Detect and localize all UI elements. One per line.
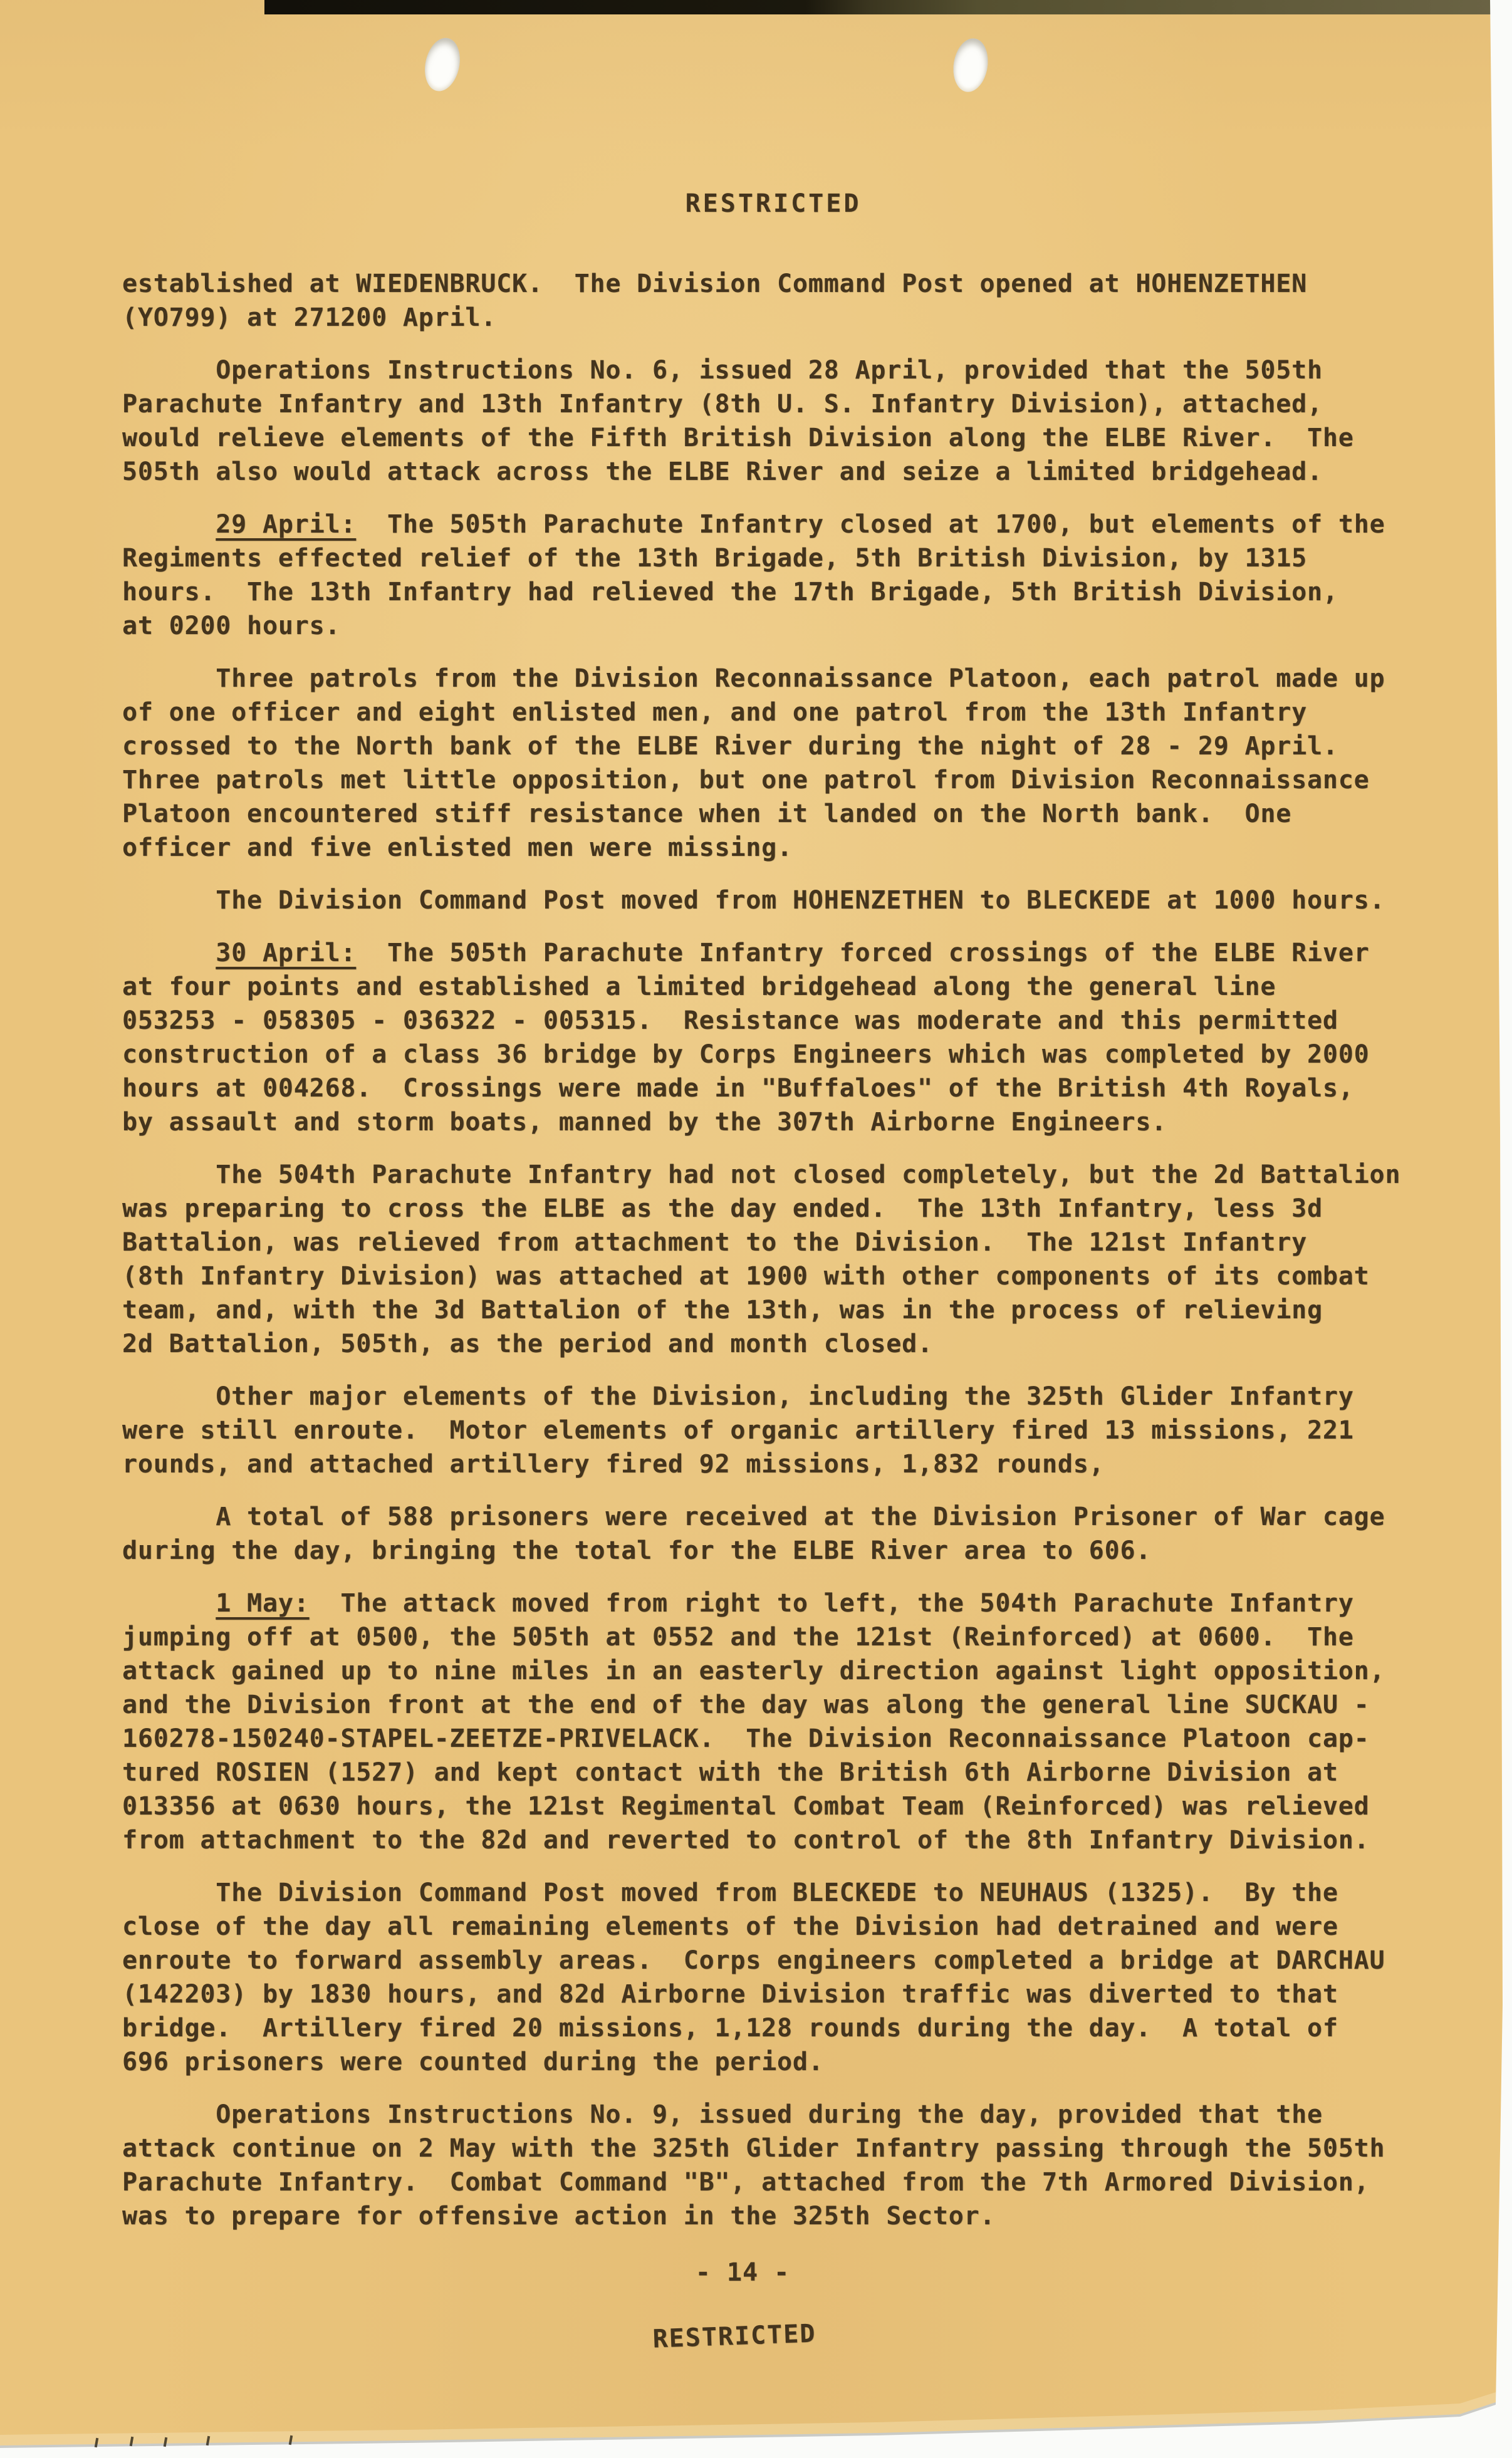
text-line: 1 May: The attack moved from right to le… — [122, 1586, 1457, 1620]
document-body: established at WIEDENBRUCK. The Division… — [122, 267, 1457, 2233]
text-line: 505th also would attack across the ELBE … — [122, 455, 1457, 489]
text-line: officer and five enlisted men were missi… — [122, 831, 1457, 865]
text-line: Battalion, was relieved from attachment … — [122, 1226, 1457, 1259]
heading-line-rest: The 505th Parachute Infantry closed at 1… — [356, 510, 1385, 539]
date-heading: 30 April: — [216, 939, 356, 967]
indent — [122, 510, 216, 539]
text-line: during the day, bringing the total for t… — [122, 1534, 1457, 1568]
scanned-paper: RESTRICTED established at WIEDENBRUCK. T… — [0, 0, 1512, 2458]
text-line: attack continue on 2 May with the 325th … — [122, 2132, 1457, 2165]
paragraph: The Division Command Post moved from BLE… — [122, 1876, 1457, 2079]
text-line: team, and, with the 3d Battalion of the … — [122, 1293, 1457, 1327]
paragraph: The Division Command Post moved from HOH… — [122, 883, 1457, 917]
text-line: Three patrols met little opposition, but… — [122, 763, 1457, 797]
text-line: from attachment to the 82d and reverted … — [122, 1823, 1457, 1857]
text-line: established at WIEDENBRUCK. The Division… — [122, 267, 1457, 301]
text-line: Regiments effected relief of the 13th Br… — [122, 541, 1457, 575]
paragraph: A total of 588 prisoners were received a… — [122, 1500, 1457, 1568]
date-heading: 1 May: — [216, 1589, 309, 1618]
text-line: was to prepare for offensive action in t… — [122, 2199, 1457, 2233]
text-line: The Division Command Post moved from BLE… — [122, 1876, 1457, 1910]
scan-edge-top — [264, 0, 1494, 14]
indent — [122, 939, 216, 967]
heading-line-rest: The 505th Parachute Infantry forced cros… — [356, 939, 1369, 967]
text-line: hours at 004268. Crossings were made in … — [122, 1071, 1457, 1105]
text-line: The Division Command Post moved from HOH… — [122, 883, 1457, 917]
classification-footer: RESTRICTED — [652, 2319, 816, 2353]
page-number: - 14 - — [696, 2258, 790, 2287]
text-line: 013356 at 0630 hours, the 121st Regiment… — [122, 1789, 1457, 1823]
text-line: was preparing to cross the ELBE as the d… — [122, 1192, 1457, 1226]
punch-hole-left — [420, 34, 465, 94]
text-line: (142203) by 1830 hours, and 82d Airborne… — [122, 1977, 1457, 2011]
paragraph: Other major elements of the Division, in… — [122, 1380, 1457, 1481]
date-heading: 29 April: — [216, 510, 356, 539]
text-line: enroute to forward assembly areas. Corps… — [122, 1944, 1457, 1977]
text-line: The 504th Parachute Infantry had not clo… — [122, 1158, 1457, 1192]
text-line: rounds, and attached artillery fired 92 … — [122, 1447, 1457, 1481]
text-line: 30 April: The 505th Parachute Infantry f… — [122, 936, 1457, 970]
text-line: Platoon encountered stiff resistance whe… — [122, 797, 1457, 831]
text-line: 696 prisoners were counted during the pe… — [122, 2045, 1457, 2079]
paragraph: Operations Instructions No. 9, issued du… — [122, 2098, 1457, 2233]
classification-header: RESTRICTED — [686, 189, 862, 218]
text-line: 29 April: The 505th Parachute Infantry c… — [122, 508, 1457, 541]
paragraph: established at WIEDENBRUCK. The Division… — [122, 267, 1457, 335]
text-line: tured ROSIEN (1527) and kept contact wit… — [122, 1756, 1457, 1789]
text-line: attack gained up to nine miles in an eas… — [122, 1654, 1457, 1688]
text-line: Other major elements of the Division, in… — [122, 1380, 1457, 1414]
indent — [122, 1589, 216, 1618]
text-line: by assault and storm boats, manned by th… — [122, 1105, 1457, 1139]
text-line: and the Division front at the end of the… — [122, 1688, 1457, 1722]
paragraph: 30 April: The 505th Parachute Infantry f… — [122, 936, 1457, 1139]
text-line: at 0200 hours. — [122, 609, 1457, 643]
text-line: Parachute Infantry and 13th Infantry (8t… — [122, 387, 1457, 421]
text-line: were still enroute. Motor elements of or… — [122, 1414, 1457, 1447]
text-line: Operations Instructions No. 9, issued du… — [122, 2098, 1457, 2132]
text-line: close of the day all remaining elements … — [122, 1910, 1457, 1944]
text-line: of one officer and eight enlisted men, a… — [122, 695, 1457, 729]
text-line: Operations Instructions No. 6, issued 28… — [122, 353, 1457, 387]
paragraph: Three patrols from the Division Reconnai… — [122, 662, 1457, 865]
text-line: (8th Infantry Division) was attached at … — [122, 1259, 1457, 1293]
text-line: jumping off at 0500, the 505th at 0552 a… — [122, 1620, 1457, 1654]
text-line: 053253 - 058305 - 036322 - 005315. Resis… — [122, 1004, 1457, 1038]
paragraph: 1 May: The attack moved from right to le… — [122, 1586, 1457, 1857]
text-line: Three patrols from the Division Reconnai… — [122, 662, 1457, 695]
text-line: (YO799) at 271200 April. — [122, 301, 1457, 335]
paragraph: Operations Instructions No. 6, issued 28… — [122, 353, 1457, 489]
text-line: 160278-150240-STAPEL-ZEETZE-PRIVELACK. T… — [122, 1722, 1457, 1756]
text-line: bridge. Artillery fired 20 missions, 1,1… — [122, 2011, 1457, 2045]
heading-line-rest: The attack moved from right to left, the… — [310, 1589, 1354, 1618]
text-line: hours. The 13th Infantry had relieved th… — [122, 575, 1457, 609]
text-line: Parachute Infantry. Combat Command "B", … — [122, 2165, 1457, 2199]
text-line: A total of 588 prisoners were received a… — [122, 1500, 1457, 1534]
text-line: at four points and established a limited… — [122, 970, 1457, 1004]
paragraph: The 504th Parachute Infantry had not clo… — [122, 1158, 1457, 1361]
punch-hole-right — [950, 36, 992, 94]
text-line: would relieve elements of the Fifth Brit… — [122, 421, 1457, 455]
paragraph: 29 April: The 505th Parachute Infantry c… — [122, 508, 1457, 643]
text-line: 2d Battalion, 505th, as the period and m… — [122, 1327, 1457, 1361]
text-line: construction of a class 36 bridge by Cor… — [122, 1038, 1457, 1071]
text-line: crossed to the North bank of the ELBE Ri… — [122, 729, 1457, 763]
